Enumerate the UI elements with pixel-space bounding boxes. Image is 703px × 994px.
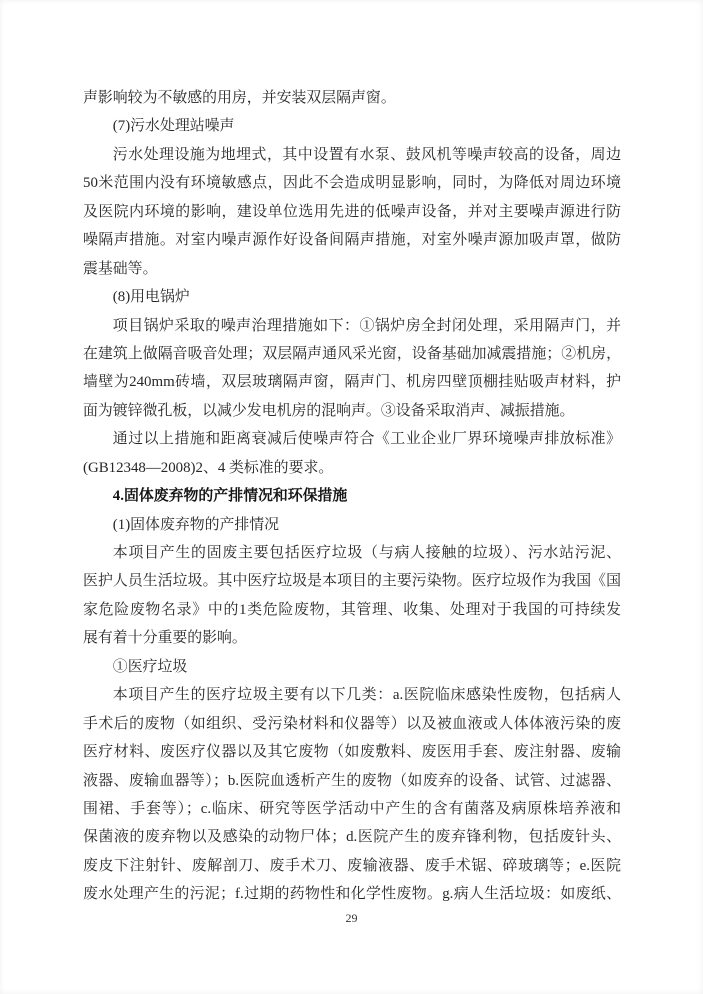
text-line: (1)固体废弃物的产排情况 [83,511,621,539]
document-text-block: 声影响较为不敏感的用房，并安装双层隔声窗。(7)污水处理站噪声污水处理设施为地埋… [83,84,621,909]
text-line: 医疗材料、废医疗仪器以及其它废物（如废敷料、废医用手套、废注射器、废输 [83,738,621,766]
text-line: 墙壁为240mm砖墙，双层玻璃隔声窗，隔声门、机房四壁顶棚挂贴吸声材料，护 [83,368,621,396]
text-line: 在建筑上做隔音吸音处理；双层隔声通风采光窗，设备基础加减震措施；②机房， [83,340,621,368]
text-line: 废皮下注射针、废解剖刀、废手术刀、废输液器、废手术锯、碎玻璃等；e.医院 [83,852,621,880]
text-line: 医护人员生活垃圾。其中医疗垃圾是本项目的主要污染物。医疗垃圾作为我国《国 [83,567,621,595]
text-line: 废水处理产生的污泥；f.过期的药物性和化学性废物。g.病人生活垃圾：如废纸、 [83,880,621,908]
text-line: 保菌液的废弃物以及感染的动物尸体；d.医院产生的废弃锋利物，包括废针头、 [83,823,621,851]
text-line: (7)污水处理站噪声 [83,112,621,140]
text-line: 项目锅炉采取的噪声治理措施如下：①锅炉房全封闭处理，采用隔声门，并 [83,312,621,340]
text-line: 50米范围内没有环境敏感点，因此不会造成明显影响，同时，为降低对周边环境 [83,169,621,197]
text-line: 污水处理设施为地埋式，其中设置有水泵、鼓风机等噪声较高的设备，周边 [83,141,621,169]
text-line: 家危险废物名录》中的1类危险废物，其管理、收集、处理对于我国的可持续发 [83,596,621,624]
text-line: 及医院内环境的影响，建设单位选用先进的低噪声设备，并对主要噪声源进行防 [83,198,621,226]
text-line: 手术后的废物（如组织、受污染材料和仪器等）以及被血液或人体体液污染的废 [83,710,621,738]
document-page: 声影响较为不敏感的用房，并安装双层隔声窗。(7)污水处理站噪声污水处理设施为地埋… [0,0,703,994]
text-line: 本项目产生的固废主要包括医疗垃圾（与病人接触的垃圾）、污水站污泥、 [83,539,621,567]
text-line: 声影响较为不敏感的用房，并安装双层隔声窗。 [83,84,621,112]
text-line: 震基础等。 [83,255,621,283]
text-line: 围裙、手套等）；c.临床、研究等医学活动中产生的含有菌落及病原株培养液和 [83,795,621,823]
text-line: 噪隔声措施。对室内噪声源作好设备间隔声措施，对室外噪声源加吸声罩，做防 [83,226,621,254]
text-line: ①医疗垃圾 [83,653,621,681]
text-line: 液器、废输血器等）；b.医院血透析产生的废物（如废弃的设备、试管、过滤器、 [83,767,621,795]
page-number: 29 [0,908,703,928]
text-line: 通过以上措施和距离衰减后使噪声符合《工业企业厂界环境噪声排放标准》 [83,425,621,453]
text-line: 面为镀锌微孔板，以减少发电机房的混响声。③设备采取消声、减振措施。 [83,397,621,425]
text-line: (GB12348—2008)2、4 类标准的要求。 [83,454,621,482]
text-line: 展有着十分重要的影响。 [83,624,621,652]
text-line: (8)用电锅炉 [83,283,621,311]
section-heading: 4.固体废弃物的产排情况和环保措施 [83,482,621,510]
text-line: 本项目产生的医疗垃圾主要有以下几类：a.医院临床感染性废物，包括病人 [83,681,621,709]
